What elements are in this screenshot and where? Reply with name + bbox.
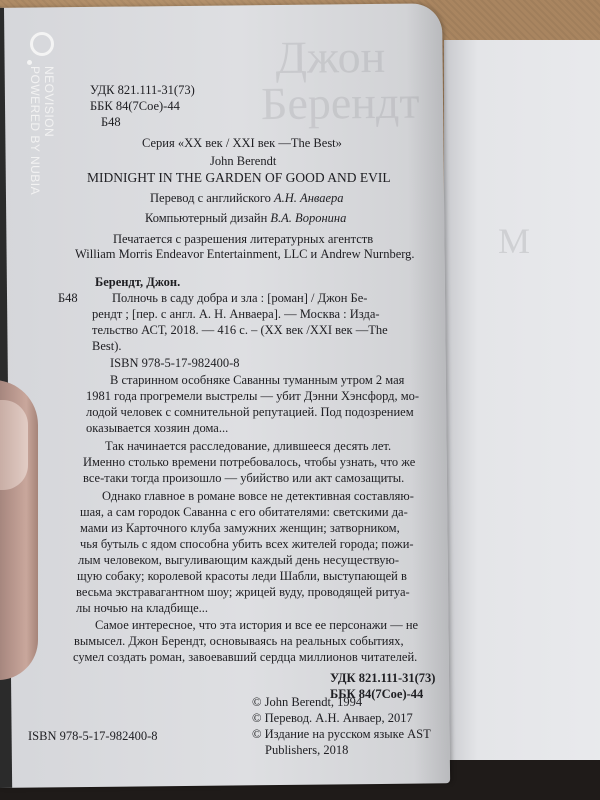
footer-isbn: ISBN 978-5-17-982400-8 [28, 728, 158, 744]
annotation-line: В старинном особняке Саванны туманным ут… [110, 372, 404, 388]
annotation-line: весьма экстравагантном шоу; жрицей вуду,… [76, 584, 410, 600]
annotation-line: 1981 года прогремели выстрелы — убит Дэн… [86, 388, 419, 404]
annotation-line: сумел создать роман, завоевавший сердца … [73, 649, 417, 665]
annotation-line: все-таки тогда произошло — убийство или … [83, 470, 404, 486]
annotation-line: чья бутыль с ядом способна убить всех жи… [80, 536, 414, 552]
series-line: Серия «XX век / XXI век —The Best» [142, 135, 342, 151]
annotation-line: шая, а сам городок Саванна с его обитате… [80, 504, 408, 520]
design-prefix: Компьютерный дизайн [145, 211, 270, 225]
bib-line: Полночь в саду добра и зла : [роман] / Д… [112, 290, 367, 306]
copyright-page: УДК 821.111-31(73) ББК 84(7Сое)-44 Б48 С… [0, 0, 600, 800]
copyright-line: © Перевод. А.Н. Анваер, 2017 [252, 710, 413, 726]
translation-line: Перевод с английского А.Н. Анваера [150, 190, 344, 206]
annotation-line: вымысел. Джон Берендт, основываясь на ре… [74, 633, 404, 649]
annotation-line: Однако главное в романе вовсе не детекти… [102, 488, 414, 504]
bbk-code: ББК 84(7Сое)-44 [90, 98, 180, 114]
watermark-powered-by: POWERED BY NUBIA [28, 66, 42, 195]
copyright-line: Publishers, 2018 [265, 742, 348, 758]
bib-line: рендт ; [пер. с англ. А. Н. Анваера]. — … [92, 306, 380, 322]
bib-line: Best). [92, 338, 122, 354]
bib-author-mark: Б48 [58, 290, 78, 306]
title-en: MIDNIGHT IN THE GARDEN OF GOOD AND EVIL [87, 170, 391, 186]
author-mark: Б48 [101, 114, 121, 130]
copyright-line: © Издание на русском языке AST [252, 726, 431, 742]
camera-logo-ring-icon [30, 32, 54, 56]
annotation-line: Именно столько времени потребовалось, чт… [83, 454, 415, 470]
design-line: Компьютерный дизайн В.А. Воронина [145, 210, 346, 226]
annotation-line: лы ночью на кладбище... [76, 600, 208, 616]
translation-prefix: Перевод с английского [150, 191, 274, 205]
translator-name: А.Н. Анваера [274, 191, 344, 205]
copyright-line: © John Berendt, 1994 [252, 694, 362, 710]
annotation-line: лым человеком, выгуливающим каждый день … [78, 552, 399, 568]
permission-line-1: Печатается с разрешения литературных аге… [113, 231, 373, 247]
bib-author-heading: Берендт, Джон. [95, 274, 180, 290]
annotation-line: лодой человек с сомнительной репутацией.… [86, 404, 414, 420]
annotation-line: мами из Карточного клуба замужних женщин… [80, 520, 400, 536]
permission-line-2: William Morris Endeavor Entertainment, L… [75, 246, 415, 262]
camera-logo-dot-icon [27, 60, 32, 65]
annotation-line: оказывается хозяин дома... [86, 420, 228, 436]
annotation-line: щую собаку; королевой красоты леди Шабли… [77, 568, 407, 584]
author-en: John Berendt [210, 153, 276, 169]
udk-code: УДК 821.111-31(73) [90, 82, 195, 98]
thumbnail-nail [0, 400, 28, 490]
designer-name: В.А. Воронина [270, 211, 346, 225]
bib-line: тельство АСТ, 2018. — 416 с. – (XX век /… [92, 322, 388, 338]
annotation-line: Самое интересное, что эта история и все … [95, 617, 418, 633]
annotation-line: Так начинается расследование, длившееся … [105, 438, 391, 454]
bib-isbn: ISBN 978-5-17-982400-8 [110, 355, 240, 371]
footer-udk: УДК 821.111-31(73) [330, 670, 435, 686]
watermark-brand: NEOVISION [42, 66, 56, 137]
